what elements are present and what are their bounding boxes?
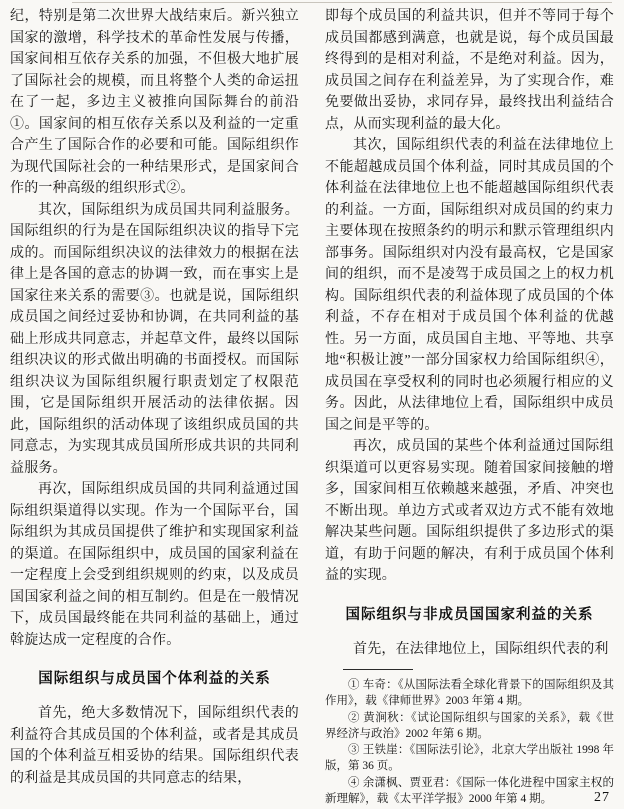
paragraph-continuation: 纪，特别是第二次世界大战结束后。新兴独立国家的激增，科学技术的革命性发展与传播，… bbox=[10, 6, 299, 200]
scan-edge-artifact bbox=[72, 2, 612, 3]
footnote: ① 车奇：《从国际法看全球化背景下的国际组织及其作用》，载《律师世界》2003 … bbox=[325, 677, 614, 710]
paragraph: 再次，国际组织成员国的共同利益通过国际组织渠道得以实现。作为一个国际平台，国际组… bbox=[10, 479, 299, 651]
paragraph: 再次，成员国的某些个体利益通过国际组织渠道可以更容易实现。随着国家间接触的增多，… bbox=[325, 436, 614, 587]
section-heading-member-individual-interests: 国际组织与成员国个体利益的关系 bbox=[10, 669, 299, 689]
paragraph-continuation: 即每个成员国的利益共识，但并不等同于每个成员国都感到满意，也就是说，每个成员国最… bbox=[325, 6, 614, 135]
paragraph: 其次，国际组织代表的利益在法律地位上不能超越成员国个体利益，同时其成员国的个体利… bbox=[325, 135, 614, 436]
paragraph: 首先，在法律地位上，国际组织代表的利 bbox=[325, 639, 614, 661]
page-number: 27 bbox=[594, 790, 610, 806]
footnote: ③ 王铁崖：《国际法引论》，北京大学出版社 1998 年版，第 36 页。 bbox=[325, 742, 614, 775]
two-column-layout: 纪，特别是第二次世界大战结束后。新兴独立国家的激增，科学技术的革命性发展与传播，… bbox=[10, 6, 614, 807]
left-column: 纪，特别是第二次世界大战结束后。新兴独立国家的激增，科学技术的革命性发展与传播，… bbox=[10, 6, 299, 807]
footnote-separator bbox=[343, 669, 413, 670]
right-column: 即每个成员国的利益共识，但并不等同于每个成员国都感到满意，也就是说，每个成员国最… bbox=[325, 6, 614, 807]
footnote: ④ 余潇枫、贾亚君：《国际一体化进程中国家主权的新理解》，载《太平洋学报》200… bbox=[325, 775, 614, 808]
footnote: ② 黄涧秋：《试论国际组织与国家的关系》，载《世界经济与政治》2002 年第 6… bbox=[325, 710, 614, 743]
paragraph: 其次，国际组织为成员国共同利益服务。国际组织的行为是在国际组织决议的指导下完成的… bbox=[10, 200, 299, 480]
footnotes-block: ① 车奇：《从国际法看全球化背景下的国际组织及其作用》，载《律师世界》2003 … bbox=[325, 669, 614, 807]
section-heading-nonmember-state-interests: 国际组织与非成员国国家利益的关系 bbox=[325, 605, 614, 625]
paragraph: 首先，绝大多数情况下，国际组织代表的利益符合其成员国的个体利益，或者是其成员国的… bbox=[10, 703, 299, 789]
